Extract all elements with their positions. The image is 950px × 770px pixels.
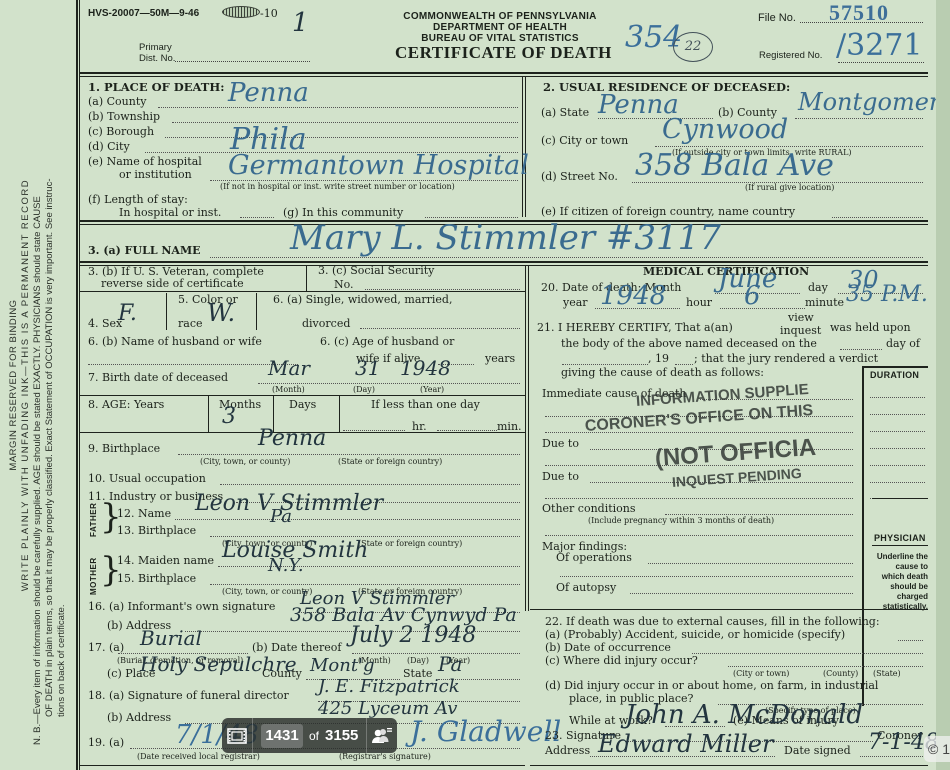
death-hour-line — [720, 308, 805, 309]
filmstrip-icon — [227, 728, 247, 744]
mother-birthplace-line — [210, 584, 520, 585]
birthplace-value: Penna — [258, 426, 326, 451]
spouse-label: 6. (b) Name of husband or wife — [88, 335, 262, 348]
death-hour-value: 6 — [744, 281, 761, 311]
marital-label-1: 6. (a) Single, widowed, married, — [273, 293, 452, 306]
spouse-age-unit: years — [485, 352, 515, 365]
township-label: (b) Township — [88, 110, 160, 123]
county-label: (a) County — [88, 95, 146, 108]
burial-value: Burial — [140, 626, 202, 650]
hospital-label-2: or institution — [119, 168, 192, 181]
ssn-line — [365, 289, 520, 290]
death-hour-label: hour — [686, 296, 712, 309]
stay-hospital-line — [240, 217, 274, 218]
city-label: (d) City — [88, 140, 130, 153]
full-name-value: Mary L. Stimmler #3117 — [290, 218, 721, 258]
margin-line-3: N. B.—Every item of information should b… — [32, 25, 44, 745]
res-city-line — [655, 146, 923, 147]
certify-day-of: day of — [886, 337, 920, 350]
coroner-signature-value: John A. McDonald — [625, 700, 863, 730]
circled-number: 22 — [673, 32, 713, 62]
operations-label: Of operations — [556, 551, 632, 564]
header-rule — [80, 72, 928, 77]
death-year-value: 1948 — [600, 281, 666, 311]
certify-view: view — [788, 311, 814, 324]
certify-line-1: 21. I HEREBY CERTIFY, That a(an) — [537, 321, 733, 334]
registrar-signature-note: (Registrar's signature) — [339, 752, 431, 761]
file-no-label: File No. — [758, 12, 796, 24]
hospital-label-1: (e) Name of hospital — [88, 155, 202, 168]
operations-line-2 — [560, 576, 853, 577]
duration-rule — [872, 498, 928, 499]
certify-year-line — [675, 364, 693, 365]
death-day-label: day — [808, 281, 828, 294]
certify-day-line — [840, 349, 882, 350]
death-year-label: year — [563, 296, 588, 309]
burial-county-label: County — [262, 667, 302, 680]
cause-line-7 — [545, 498, 853, 499]
color-divider — [256, 293, 257, 330]
duration-line-3 — [870, 431, 925, 432]
marital-label-2: divorced — [302, 317, 350, 330]
external-c-note-3: (State) — [873, 669, 901, 678]
primary-dist-label: Primary Dist. No. — [139, 42, 175, 64]
place-of-death-heading: 1. PLACE OF DEATH: — [88, 80, 224, 94]
mother-name-label: 14. Maiden name — [117, 554, 214, 567]
res-state-label: (a) State — [541, 106, 589, 119]
age-divider-3 — [339, 395, 340, 432]
rule-bottom-right — [530, 765, 928, 766]
stay-hospital-label: In hospital or inst. — [119, 206, 221, 219]
age-days-label: Days — [289, 398, 316, 411]
due-to-label-1: Due to — [542, 437, 579, 450]
birth-month-value: Mar — [268, 356, 310, 380]
margin-line-4: OF DEATH in plain terms, so that it may … — [44, 25, 56, 745]
county-line — [158, 107, 518, 108]
less-than-day-label: If less than one day — [371, 398, 480, 411]
res-county-value: Montgomery — [798, 88, 950, 116]
other-conditions-note: (Include pregnancy within 3 months of de… — [588, 516, 774, 525]
ssn-label-2: No. — [334, 278, 354, 291]
birth-date-line — [258, 383, 520, 384]
registrar-label: 19. (a) — [88, 736, 124, 749]
address-label: Address — [545, 744, 590, 757]
primary-label-1: Primary — [139, 42, 175, 53]
external-a-line — [898, 640, 923, 641]
hospital-note: (If not in hospital or inst. write stree… — [220, 182, 455, 191]
birthplace-label: 9. Birthplace — [88, 442, 160, 455]
physician-label: PHYSICIAN — [874, 533, 926, 543]
external-a-label: (a) (Probably) Accident, suicide, or hom… — [545, 628, 845, 641]
death-certificate-scan: MARGIN RESERVED FOR BINDING WRITE PLAINL… — [0, 0, 936, 770]
birth-day-note: (Day) — [353, 385, 375, 394]
seal-number: -10 — [260, 7, 278, 20]
res-street-label: (d) Street No. — [541, 170, 618, 183]
date-signed-label: Date signed — [784, 744, 851, 757]
total-images: 3155 — [325, 727, 358, 744]
age-months-value: 3 — [222, 404, 236, 429]
father-birthplace-label: 13. Birthplace — [117, 524, 196, 537]
duration-line-2 — [870, 414, 925, 415]
certify-verdict: ; that the jury rendered a verdict — [694, 352, 878, 365]
people-index-icon — [371, 727, 393, 745]
father-birthplace-value: Pa — [270, 506, 292, 527]
coroner-stamp-line-2: CORONER'S OFFICE ON THIS — [584, 402, 813, 436]
hr-line — [343, 430, 405, 431]
commonwealth-label: COMMONWEALTH OF PENNSYLVANIA — [370, 11, 630, 22]
duration-line-4 — [870, 448, 925, 449]
filmstrip-button[interactable] — [222, 718, 252, 753]
burial-day-note: (Day) — [407, 656, 429, 665]
margin-line-1: MARGIN RESERVED FOR BINDING — [8, 25, 20, 745]
father-side-label: FATHER — [89, 503, 98, 537]
birth-year-note: (Year) — [420, 385, 444, 394]
mother-name-line — [218, 566, 520, 567]
occupation-line — [220, 484, 520, 485]
other-conditions-line-2 — [545, 535, 853, 536]
informant-signature-label: 16. (a) Informant's own signature — [88, 600, 275, 613]
father-note-2: (State or foreign country) — [358, 539, 462, 548]
burial-date-value: July 2 1948 — [350, 623, 476, 648]
certify-cause-intro: giving the cause of death as follows: — [561, 366, 764, 379]
res-street-value: 358 Bala Ave — [635, 148, 834, 183]
full-name-label: 3. (a) FULL NAME — [88, 244, 201, 257]
rule-row-4 — [80, 291, 525, 292]
mother-birthplace-value: N.Y. — [268, 555, 304, 576]
father-birthplace-line — [210, 536, 520, 537]
date-signed-line — [860, 756, 923, 757]
image-viewer: MARGIN RESERVED FOR BINDING WRITE PLAINL… — [0, 0, 950, 770]
mother-birthplace-label: 15. Birthplace — [117, 572, 196, 585]
funeral-director-label: 18. (a) Signature of funeral director — [88, 689, 289, 702]
primary-label-2: Dist. No. — [139, 53, 175, 64]
birth-year-value: 1948 — [400, 356, 451, 380]
county-value: Penna — [228, 78, 309, 108]
coroner-address-value: Edward Miller — [598, 730, 773, 758]
external-b-label: (b) Date of occurrence — [545, 641, 671, 654]
birth-date-label: 7. Birth date of deceased — [88, 371, 228, 384]
margin-rule — [76, 0, 80, 770]
duration-label: DURATION — [870, 370, 919, 380]
issuing-authority: COMMONWEALTH OF PENNSYLVANIA DEPARTMENT … — [370, 11, 630, 44]
image-pager: of 3155 — [253, 718, 366, 753]
veteran-divider — [306, 265, 307, 291]
physician-note: Underline the cause to which death shoul… — [872, 552, 928, 612]
res-city-label: (c) City or town — [541, 134, 628, 147]
res-foreign-line — [832, 217, 923, 218]
due-to-label-2: Due to — [542, 470, 579, 483]
certify-line-2: the body of the above named deceased on … — [561, 337, 817, 350]
father-name-line — [175, 519, 520, 520]
age-years-label: 8. AGE: Years — [88, 398, 164, 411]
death-minute-value: 35 P.M. — [846, 282, 928, 307]
form-code: HVS-20007—50M—9-46 — [88, 8, 199, 19]
of-label: of — [309, 729, 319, 743]
township-line — [172, 122, 518, 123]
rule-external — [530, 609, 928, 610]
certify-inquest: inquest — [780, 324, 821, 337]
center-divider — [525, 266, 529, 611]
ssn-label-1: 3. (c) Social Security — [318, 264, 434, 277]
mother-side-label: MOTHER — [89, 557, 98, 595]
father-name-label: 12. Name — [117, 507, 171, 520]
seal-icon — [222, 6, 260, 18]
external-b-line — [692, 653, 923, 654]
borough-label: (c) Borough — [88, 125, 154, 138]
external-d-label-1: (d) Did injury occur in or about home, o… — [545, 679, 878, 692]
primary-dist-line — [175, 61, 310, 62]
certify-line-1b: was held upon — [830, 321, 911, 334]
burial-state-value: Pa — [438, 652, 462, 676]
res-foreign-label: (e) If citizen of foreign country, name … — [541, 205, 795, 218]
rule-age — [80, 395, 525, 396]
margin-line-2: WRITE PLAINLY WITH UNFADING INK—THIS IS … — [20, 25, 32, 745]
file-no-line — [800, 22, 923, 23]
res-city-value: Cynwood — [662, 114, 788, 145]
registered-no-line — [838, 62, 924, 63]
autopsy-label: Of autopsy — [556, 581, 616, 594]
external-c-line — [728, 666, 923, 667]
birthplace-note-2: (State or foreign country) — [338, 457, 442, 466]
birth-day-value: 31 — [355, 356, 380, 380]
marital-line — [360, 328, 520, 329]
means-of-injury-line — [858, 726, 923, 727]
burial-date-line — [352, 653, 520, 654]
physician-underline — [872, 545, 928, 546]
external-c-note-2: (County) — [823, 669, 858, 678]
sex-value: F. — [118, 301, 137, 326]
department-label: DEPARTMENT OF HEALTH — [370, 22, 630, 33]
external-c-label: (c) Where did injury occur? — [545, 654, 698, 667]
duration-line-5 — [870, 465, 925, 466]
people-index-button[interactable] — [367, 718, 397, 753]
hospital-value: Germantown Hospital — [228, 150, 529, 181]
certify-month-line — [562, 364, 648, 365]
borough-line — [165, 137, 518, 138]
death-minute-label: minute — [805, 296, 844, 309]
rule-bottom-left — [80, 765, 525, 766]
age-divider-1 — [208, 395, 209, 432]
registered-no-value: /3271 — [836, 28, 922, 63]
certify-year: , 19 — [648, 352, 669, 365]
copyright-badge[interactable]: © 1 — [924, 736, 950, 762]
duration-line-6 — [870, 482, 925, 483]
duration-line-1 — [870, 397, 925, 398]
color-label-2: race — [178, 317, 203, 330]
margin-instructions: MARGIN RESERVED FOR BINDING WRITE PLAINL… — [8, 25, 68, 745]
external-heading: 22. If death was due to external causes,… — [545, 615, 880, 628]
autopsy-line — [630, 593, 853, 594]
margin-line-5: tions on back of certificate. — [56, 25, 68, 745]
other-conditions-line — [665, 514, 853, 515]
section-divider — [522, 77, 526, 217]
sex-divider — [166, 293, 167, 330]
binding-margin: MARGIN RESERVED FOR BINDING WRITE PLAINL… — [0, 0, 76, 770]
res-street-note: (If rural give location) — [745, 183, 834, 192]
mother-note-1: (City, town, or county) — [222, 587, 312, 596]
spouse-line — [88, 364, 298, 365]
viewer-toolbar: of 3155 — [222, 718, 397, 753]
external-c-note-1: (City or town) — [733, 669, 789, 678]
color-value: W. — [207, 299, 235, 327]
funeral-director-value: J. E. Fitzpatrick — [318, 676, 460, 697]
viewer-edge — [936, 0, 950, 770]
birth-month-note: (Month) — [272, 385, 305, 394]
birthplace-line — [178, 454, 520, 455]
burial-county-value: Mont'g — [310, 655, 375, 676]
current-image-input[interactable] — [261, 724, 303, 748]
occupation-label: 10. Usual occupation — [88, 472, 206, 485]
spouse-age-label-1: 6. (c) Age of husband or — [320, 335, 454, 348]
veteran-label-2: reverse side of certificate — [101, 277, 244, 290]
registrar-date-note: (Date received local registrar) — [137, 752, 260, 761]
director-address-label: (b) Address — [107, 711, 171, 724]
certificate-title: CERTIFICATE OF DEATH — [395, 43, 612, 63]
operations-line — [648, 563, 853, 564]
primary-dist-value: 1 — [292, 8, 309, 38]
res-county-line — [795, 118, 923, 119]
registered-no-label: Registered No. — [759, 50, 822, 61]
length-of-stay-label: (f) Length of stay: — [88, 193, 188, 206]
min-line — [437, 430, 497, 431]
registrar-signature-value: J. Gladwell — [410, 715, 561, 748]
other-conditions-label: Other conditions — [542, 502, 636, 515]
birthplace-note-1: (City, town, or county) — [200, 457, 290, 466]
